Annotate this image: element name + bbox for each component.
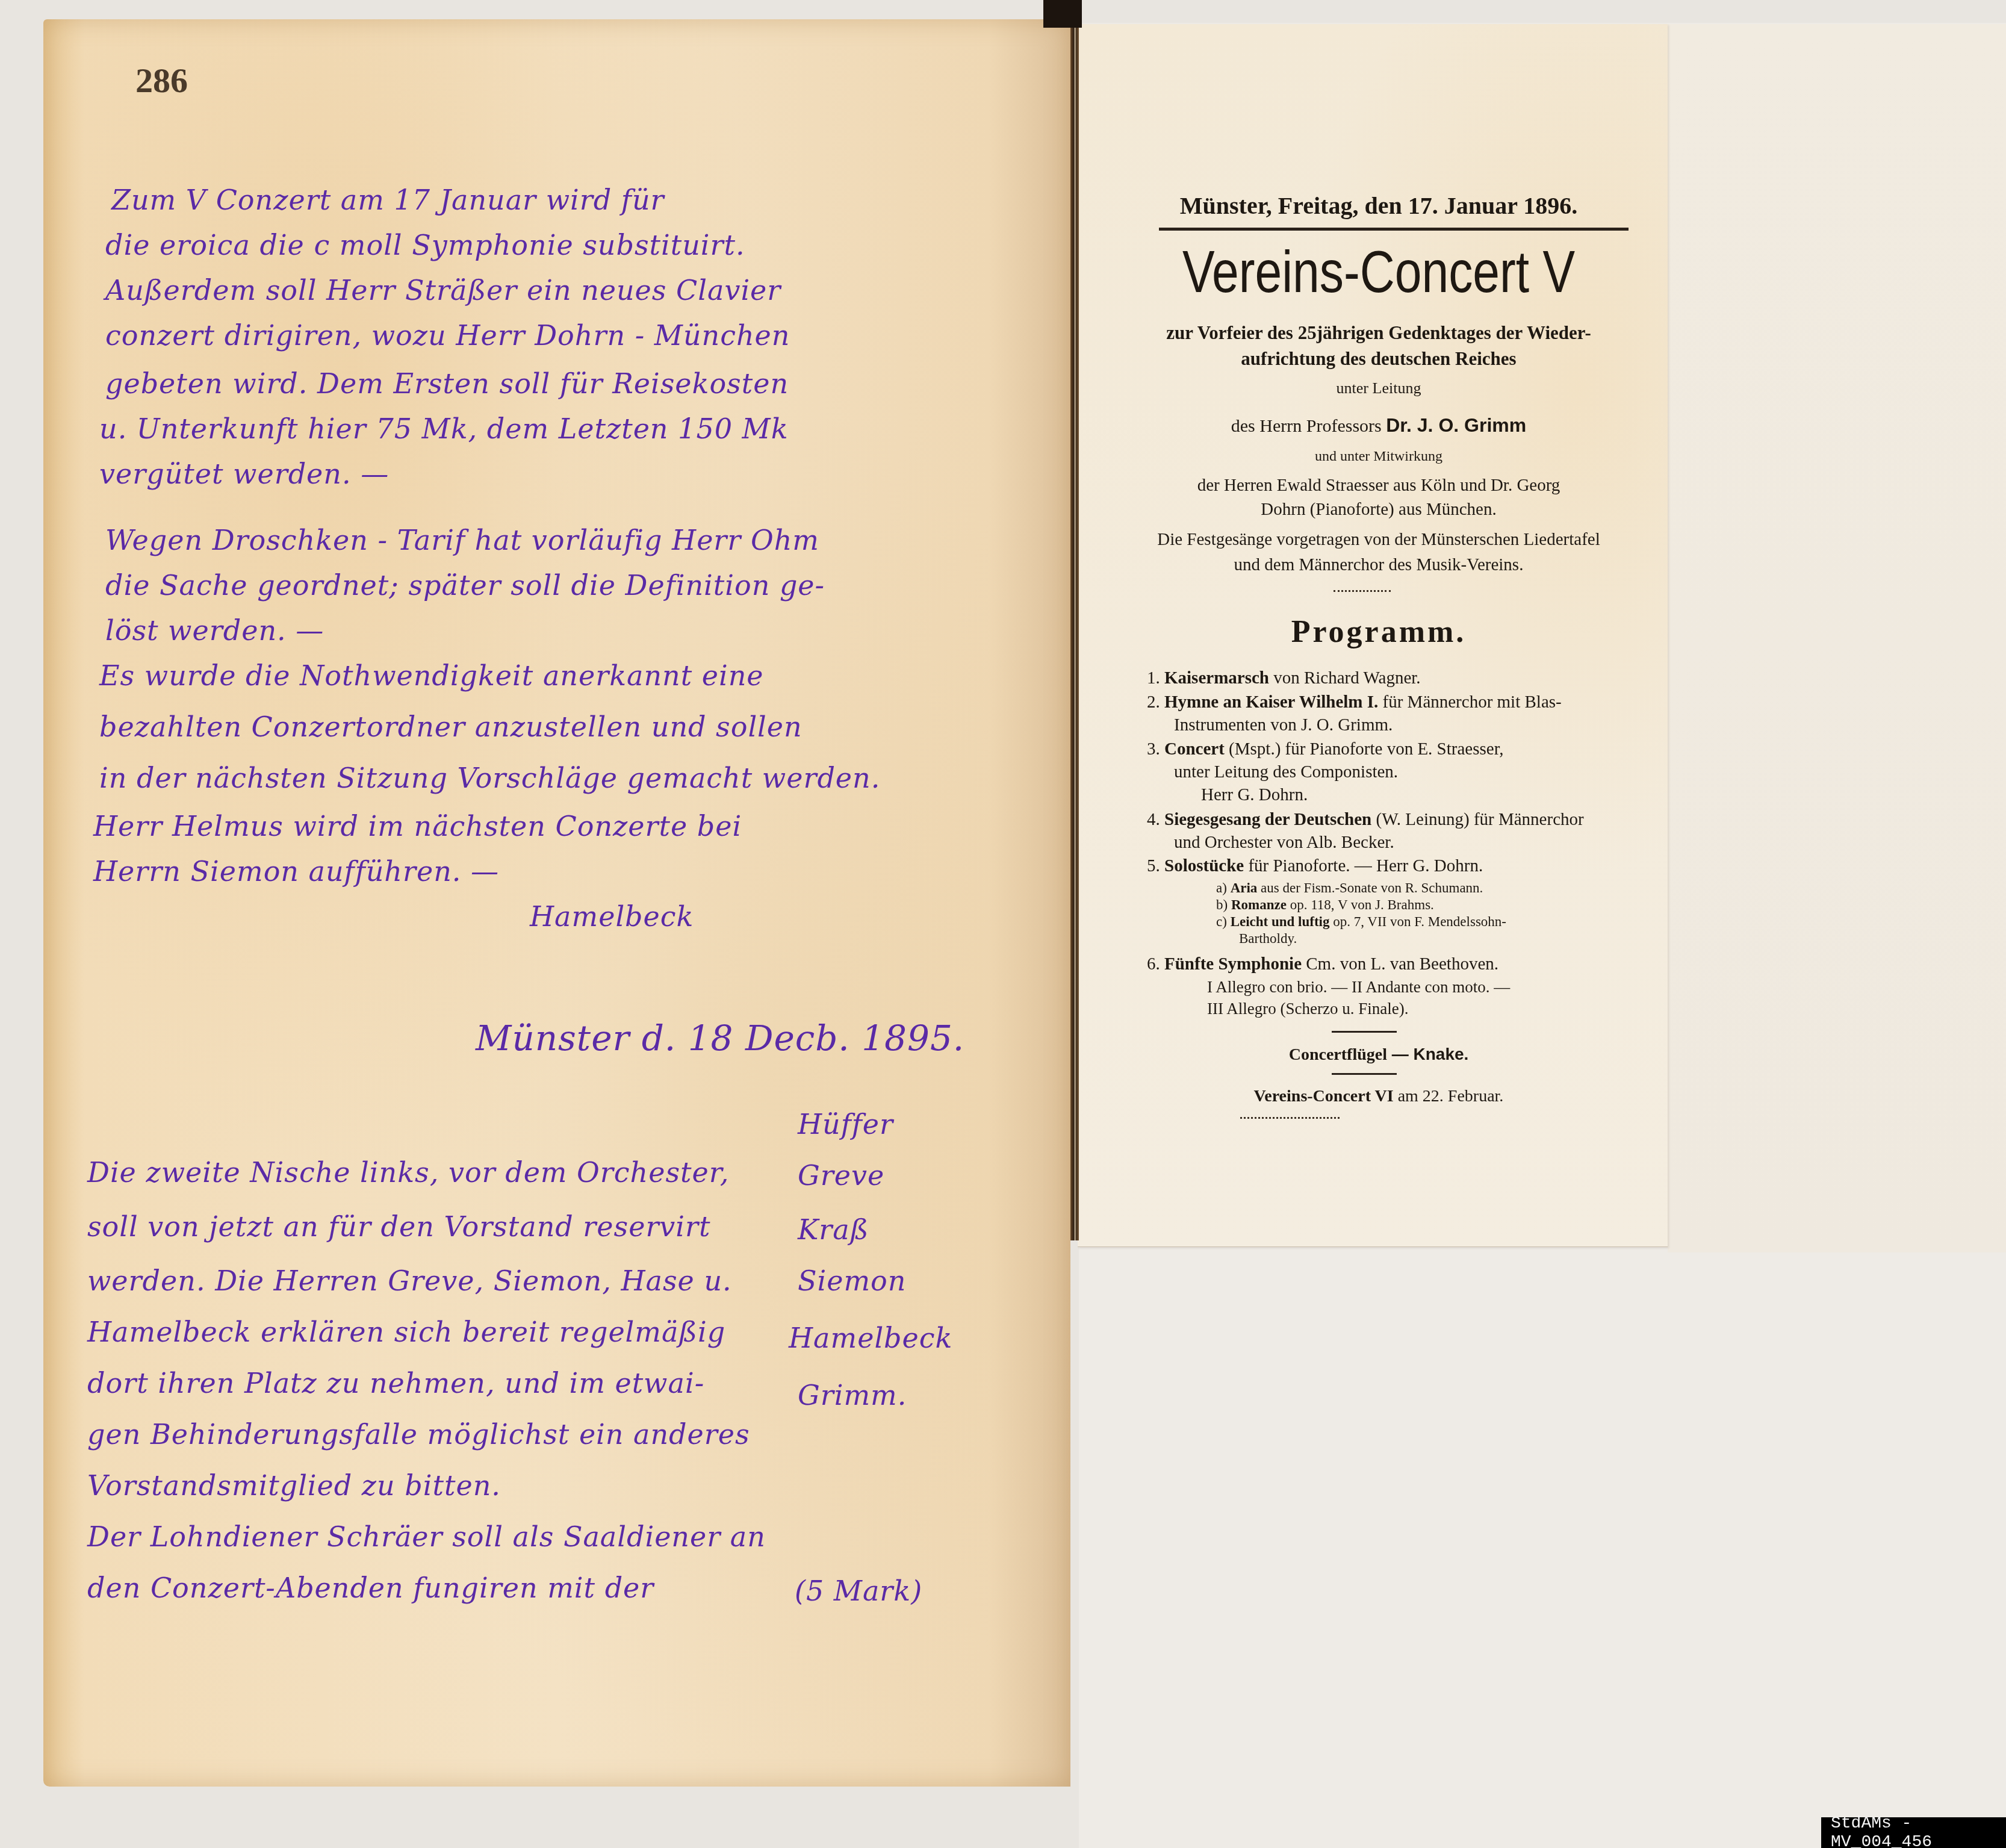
piano-note: Concertflügel — Knake. [1132, 1045, 1626, 1065]
subitem-continuation: Bartholdy. [1239, 931, 1297, 947]
item-continuation: Herr G. Dohrn. [1201, 785, 1308, 805]
program-title: Vereins-Concert V [1176, 238, 1581, 306]
hw-line: gen Behinderungsfalle möglichst ein ande… [87, 1418, 750, 1451]
hw-line: u. Unterkunft hier 75 Mk, dem Letzten 15… [99, 412, 789, 445]
hw-line: den Conzert-Abenden fungiren mit der [87, 1572, 654, 1604]
divider-rule [1332, 1031, 1397, 1033]
hw-line: Vorstandsmitglied zu bitten. [87, 1469, 501, 1502]
conductor-line: des Herrn Professors Dr. J. O. Grimm [1132, 414, 1626, 437]
signature: Greve [798, 1159, 884, 1192]
right-page-upper [1668, 24, 2006, 1252]
program-heading: Programm. [1132, 614, 1626, 650]
subitem-c: c) Leicht und luftig op. 7, VII von F. M… [1216, 914, 1506, 930]
occasion-line-2: aufrichtung des deutschen Reiches [1132, 348, 1626, 370]
choirs-line-1: Die Festgesänge vorgetragen von der Müns… [1132, 530, 1626, 550]
item-title: Siegesgesang der Deutschen [1164, 810, 1371, 829]
item-title: Concert [1164, 739, 1225, 759]
hw-line: Herrn Siemon aufführen. — [93, 855, 499, 888]
hw-line: in der nächsten Sitzung Vorschläge gemac… [99, 762, 880, 794]
conductor-name: Dr. J. O. Grimm [1386, 414, 1526, 436]
subitem-detail: op. 118, V von J. Brahms. [1287, 897, 1434, 912]
item-detail: Cm. von L. van Beethoven. [1302, 954, 1498, 974]
signature: Hüffer [798, 1108, 893, 1140]
hw-line: Hamelbeck erklären sich bereit regelmäßi… [87, 1316, 725, 1348]
item-number: 3. [1147, 739, 1160, 759]
signature-hamelbeck: Hamelbeck [530, 900, 694, 933]
hw-line: die Sache geordnet; später soll die Defi… [105, 569, 825, 602]
item-number: 5. [1147, 856, 1160, 876]
hw-line: löst werden. — [105, 614, 324, 647]
subitem-title: Aria [1231, 880, 1258, 895]
ornament-divider [1334, 590, 1391, 592]
occasion-line-1: zur Vorfeier des 25jährigen Gedenktages … [1132, 322, 1626, 344]
next-concert-title: Vereins-Concert VI [1254, 1087, 1394, 1106]
piano-note-rest: — Knake. [1387, 1045, 1468, 1063]
item-number: 1. [1147, 668, 1160, 688]
next-concert: Vereins-Concert VI am 22. Februar. [1132, 1087, 1626, 1106]
signature: Hamelbeck [789, 1322, 952, 1354]
subitem-label: a) [1216, 880, 1227, 895]
ornament-divider [1240, 1117, 1340, 1119]
hw-line: Außerdem soll Herr Sträßer ein neues Cla… [105, 274, 781, 306]
under-direction: unter Leitung [1132, 379, 1626, 397]
date-heading: Münster d. 18 Decb. 1895. [476, 1018, 964, 1059]
subitem-title: Romanze [1231, 897, 1287, 912]
conductor-prefix: des Herrn Professors [1231, 416, 1382, 436]
hw-line: werden. Die Herren Greve, Siemon, Hase u… [87, 1265, 732, 1297]
spine-shadow [1043, 0, 1082, 28]
item-continuation: III Allegro (Scherzo u. Finale). [1207, 1000, 1408, 1018]
hw-line: dort ihren Platz zu nehmen, und im etwai… [87, 1367, 704, 1399]
item-number: 4. [1147, 810, 1160, 829]
program-item-1: 1. Kaisermarsch von Richard Wagner. [1147, 668, 1421, 688]
piano-note-title: Concertflügel [1289, 1045, 1387, 1064]
book-spine [1070, 0, 1079, 1240]
soloists-line-2: Dohrn (Pianoforte) aus München. [1132, 500, 1626, 520]
subitem-detail: aus der Fism.-Sonate von R. Schumann. [1257, 880, 1483, 895]
subitem-label: c) [1216, 914, 1227, 929]
program-dateline: Münster, Freitag, den 17. Januar 1896. [1132, 191, 1626, 220]
subitem-b: b) Romanze op. 118, V von J. Brahms. [1216, 897, 1434, 913]
page-number: 286 [135, 60, 188, 101]
item-detail: (Mspt.) für Pianoforte von E. Straesser, [1225, 739, 1504, 759]
next-concert-date: am 22. Februar. [1394, 1087, 1504, 1106]
signature: Siemon [798, 1265, 906, 1297]
hw-line: Die zweite Nische links, vor dem Orchest… [87, 1156, 729, 1189]
item-title: Hymne an Kaiser Wilhelm I. [1164, 692, 1378, 712]
archive-label: StdAMs - MV_004_456 [1821, 1817, 2006, 1848]
with-participation: und unter Mitwirkung [1132, 449, 1626, 465]
item-continuation: Instrumenten von J. O. Grimm. [1174, 715, 1393, 735]
item-detail: (W. Leinung) für Männerchor [1371, 810, 1583, 829]
hw-line: gebeten wird. Dem Ersten soll für Reisek… [105, 367, 789, 400]
item-number: 2. [1147, 692, 1160, 712]
item-number: 6. [1147, 954, 1160, 974]
hw-line: vergütet werden. — [99, 458, 389, 490]
item-detail: von Richard Wagner. [1269, 668, 1421, 688]
divider-rule [1332, 1073, 1397, 1075]
hw-line: Es wurde die Nothwendigkeit anerkannt ei… [99, 659, 764, 692]
header-rule [1159, 228, 1629, 231]
hw-line: Wegen Droschken - Tarif hat vorläufig He… [105, 524, 819, 556]
item-continuation: und Orchester von Alb. Becker. [1174, 833, 1394, 853]
margin-note-5-mark: (5 Mark) [795, 1575, 922, 1607]
choirs-line-2: und dem Männerchor des Musik-Vereins. [1132, 555, 1626, 575]
hw-line: Herr Helmus wird im nächsten Conzerte be… [93, 810, 742, 842]
program-item-2: 2. Hymne an Kaiser Wilhelm I. für Männer… [1147, 692, 1562, 712]
signature: Grimm. [798, 1379, 907, 1411]
hw-line: bezahlten Conzertordner anzustellen und … [99, 711, 803, 743]
item-continuation: I Allegro con brio. — II Andante con mot… [1207, 978, 1510, 997]
subitem-label: b) [1216, 897, 1228, 912]
item-title: Kaisermarsch [1164, 668, 1269, 688]
soloists-line-1: der Herren Ewald Straesser aus Köln und … [1132, 476, 1626, 496]
item-detail: für Männerchor mit Blas- [1378, 692, 1561, 712]
subitem-detail: op. 7, VII von F. Mendelssohn- [1330, 914, 1507, 929]
signature: Kraß [798, 1213, 869, 1246]
program-item-6: 6. Fünfte Symphonie Cm. von L. van Beeth… [1147, 954, 1498, 974]
item-title: Solostücke [1164, 856, 1244, 876]
subitem-title: Leicht und luftig [1231, 914, 1330, 929]
subitem-a: a) Aria aus der Fism.-Sonate von R. Schu… [1216, 880, 1483, 896]
hw-line: Der Lohndiener Schräer soll als Saaldien… [87, 1520, 766, 1553]
hw-line: soll von jetzt an für den Vorstand reser… [87, 1210, 711, 1243]
program-item-4: 4. Siegesgesang der Deutschen (W. Leinun… [1147, 810, 1584, 830]
hw-line: conzert dirigiren, wozu Herr Dohrn - Mün… [105, 319, 790, 352]
hw-line: Zum V Conzert am 17 Januar wird für [111, 184, 665, 216]
item-continuation: unter Leitung des Componisten. [1174, 762, 1398, 782]
program-item-3: 3. Concert (Mspt.) für Pianoforte von E.… [1147, 739, 1503, 759]
program-item-5: 5. Solostücke für Pianoforte. — Herr G. … [1147, 856, 1483, 876]
item-detail: für Pianoforte. — Herr G. Dohrn. [1244, 856, 1483, 876]
hw-line: die eroica die c moll Symphonie substitu… [105, 229, 745, 261]
item-title: Fünfte Symphonie [1164, 954, 1302, 974]
